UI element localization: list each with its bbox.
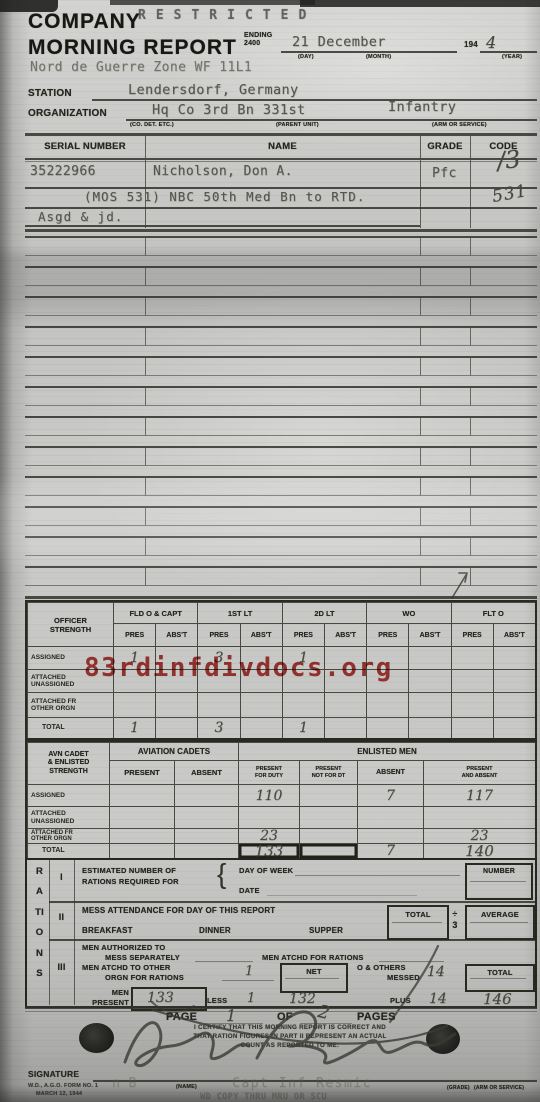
ending-label: ENDING xyxy=(244,32,272,39)
date-label: DATE xyxy=(239,886,260,895)
officer-group-fldo: FLD O & CAPT xyxy=(113,602,197,623)
officer-group-2dlt: 2D LT xyxy=(282,602,366,623)
officer-sub-abst: ABS'T xyxy=(155,623,197,646)
enlisted-cell: 7 xyxy=(357,784,423,806)
date-line xyxy=(267,895,417,896)
roster-header-name: NAME xyxy=(145,141,420,152)
officer-group-flto: FLT O xyxy=(451,602,535,623)
officer-group-1stlt: 1ST LT xyxy=(197,602,281,623)
officer-cell xyxy=(451,717,493,738)
enlisted-cell: 23 xyxy=(238,828,299,843)
number-box-line xyxy=(470,881,526,882)
typed-name-fragment: n B xyxy=(112,1076,137,1091)
day-of-week-line xyxy=(295,875,460,876)
enlisted-row-label: TOTAL xyxy=(27,843,109,858)
officer-sub-pres: PRES xyxy=(366,623,408,646)
enlisted-row-label: ASSIGNED xyxy=(27,784,109,806)
morning-report-scan: RESTRICTED COMPANY MORNING REPORT ENDING… xyxy=(0,0,540,1102)
supper-label: SUPPER xyxy=(309,926,343,935)
month-sublabel: (MONTH) xyxy=(366,54,391,60)
name-sublabel: (NAME) xyxy=(176,1084,197,1090)
officer-cell xyxy=(408,717,450,738)
enlisted-cell xyxy=(357,806,423,828)
officer-sub-pres: PRES xyxy=(113,623,155,646)
enlisted-row-label: ATTACHED FR OTHER ORGN xyxy=(27,828,109,843)
mess-total-label: TOTAL xyxy=(389,910,447,919)
report-date-value: 21 December xyxy=(292,34,386,50)
year-underline xyxy=(480,51,537,53)
roster-serial-value: 35222966 xyxy=(30,164,96,179)
rations-total-line xyxy=(470,978,526,979)
station-value: Lendersdorf, Germany xyxy=(128,82,299,98)
rations-section: RATIONS I II III ESTIMATED NUMBER OF RAT… xyxy=(25,858,537,1008)
men-atchd-other-line xyxy=(222,980,274,981)
enlisted-row-label: ATTACHED UNASSIGNED xyxy=(27,806,109,828)
section-divider-rule xyxy=(25,596,537,599)
date-underline xyxy=(281,51,457,53)
blank-row xyxy=(25,326,537,356)
enlisted-cell-total-boxed: 133 xyxy=(238,843,299,858)
mess-separately-line xyxy=(195,961,253,962)
number-box: NUMBER xyxy=(465,863,533,900)
mess-average-line xyxy=(470,922,528,923)
officer-cell: 3 xyxy=(197,717,239,738)
officer-cell xyxy=(240,692,282,717)
signature-scrawl xyxy=(105,998,475,1080)
officer-cell xyxy=(282,692,324,717)
officer-cell xyxy=(493,692,535,717)
enlisted-cell xyxy=(299,828,357,843)
organization-underline xyxy=(126,119,537,121)
enlisted-cell xyxy=(357,828,423,843)
rations-total-box: TOTAL xyxy=(465,964,535,992)
blank-row xyxy=(25,446,537,476)
mess-total-box: TOTAL xyxy=(387,905,449,940)
blank-row xyxy=(25,236,537,266)
blank-row xyxy=(25,356,537,386)
ending-time: 2400 xyxy=(244,40,260,47)
officer-cell xyxy=(366,692,408,717)
blank-row xyxy=(25,386,537,416)
rations-numeral-1: I xyxy=(49,872,74,882)
enlisted-cell: 117 xyxy=(423,784,535,806)
rations-total-label: TOTAL xyxy=(467,968,533,977)
rations-vertical-label: RATIONS xyxy=(34,862,45,984)
enlisted-col-present-not-duty: PRESENT NOT FOR DT xyxy=(299,760,357,784)
enlisted-cell xyxy=(238,806,299,828)
officer-corner-label: OFFICER STRENGTH xyxy=(27,602,113,646)
officer-sub-abst: ABS'T xyxy=(240,623,282,646)
men-atchd-other-label2: ORGN FOR RATIONS xyxy=(105,973,184,982)
rations-numeral-2: II xyxy=(49,912,74,922)
officer-cell xyxy=(366,717,408,738)
officer-cell xyxy=(451,669,493,692)
blank-row xyxy=(25,416,537,446)
men-present-label1: MEN xyxy=(75,988,129,997)
breakfast-label: BREAKFAST xyxy=(82,926,133,935)
blank-row xyxy=(25,476,537,506)
organization-arm-value: Infantry xyxy=(388,99,456,115)
roster-grade-value: Pfc xyxy=(432,166,457,181)
officer-row-label: ATTACHED FR OTHER ORGN xyxy=(27,692,113,717)
divide-sign: ÷ xyxy=(448,909,462,919)
grade-sublabel: (GRADE) xyxy=(447,1085,470,1091)
net-box-line xyxy=(285,978,339,979)
officer-cell xyxy=(408,692,450,717)
year-handwritten: 4 xyxy=(486,33,496,52)
officer-cell xyxy=(324,717,366,738)
men-atchd-for-rations-label: MEN ATCHD FOR RATIONS xyxy=(262,953,364,962)
officer-cell: 1 xyxy=(282,717,324,738)
officer-cell xyxy=(197,692,239,717)
roster-name-value: Nicholson, Don A. xyxy=(153,164,293,179)
parent-unit-sublabel: (PARENT UNIT) xyxy=(276,122,319,128)
roster-col-line-2 xyxy=(420,135,421,228)
officer-group-wo: WO xyxy=(366,602,450,623)
officer-cell xyxy=(493,646,535,669)
officer-cell xyxy=(113,692,155,717)
rations-divider-1 xyxy=(49,901,535,903)
enlisted-col-present-absent: PRESENT AND ABSENT xyxy=(423,760,535,784)
arm-service-sublabel: (ARM OR SERVICE) xyxy=(432,122,487,128)
form-number: W.D., A.G.O. FORM NO. 1 xyxy=(28,1083,98,1089)
officer-sub-abst: ABS'T xyxy=(408,623,450,646)
enlisted-strength-table: AVN CADET & ENLISTED STRENGTH AVIATION C… xyxy=(25,740,537,860)
enlisted-cell: 110 xyxy=(238,784,299,806)
roster-header-serial: SERIAL NUMBER xyxy=(25,141,145,152)
blank-roster-rows xyxy=(25,236,537,596)
roster-bottom-rule xyxy=(25,229,537,232)
year-printed: 194 xyxy=(464,40,478,49)
enlisted-cell xyxy=(109,843,174,858)
enlisted-cell xyxy=(174,784,238,806)
rations1-label-line2: RATIONS REQUIRED FOR xyxy=(82,877,179,886)
arm-service-sublabel-2: (ARM OR SERVICE) xyxy=(474,1085,524,1091)
day-of-week-label: DAY OF WEEK xyxy=(239,866,293,875)
officer-cell xyxy=(451,692,493,717)
enlisted-cell xyxy=(174,843,238,858)
roster-code-value: /3 xyxy=(496,145,522,175)
rations-inner-line-2 xyxy=(74,860,75,1005)
men-atchd-other-value: 1 xyxy=(245,964,253,979)
officer-cell xyxy=(324,692,366,717)
enlisted-col-present: PRESENT xyxy=(109,760,174,784)
station-underline xyxy=(92,99,537,101)
enlisted-col-present-duty: PRESENT FOR DUTY xyxy=(238,760,299,784)
enlisted-cell xyxy=(109,828,174,843)
station-label: STATION xyxy=(28,88,72,99)
rations1-label-line1: ESTIMATED NUMBER OF xyxy=(82,866,176,875)
scan-edge-top-right xyxy=(300,0,540,7)
brace-glyph: { xyxy=(217,858,226,890)
officer-cell xyxy=(155,692,197,717)
enlisted-cell xyxy=(109,806,174,828)
zone-entry: Nord de Guerre Zone WF 11L1 xyxy=(30,60,252,75)
copy-routing-note: WD COPY THRU MRU OR SCU xyxy=(200,1092,327,1102)
restricted-stamp: RESTRICTED xyxy=(138,8,316,23)
mess-average-label: AVERAGE xyxy=(467,910,533,919)
number-box-label: NUMBER xyxy=(467,868,531,875)
roster-header-grade: GRADE xyxy=(420,141,470,152)
officer-sub-abst: ABS'T xyxy=(324,623,366,646)
mess-attendance-label: MESS ATTENDANCE FOR DAY OF THIS REPORT xyxy=(82,906,275,915)
scan-edge-top-mid xyxy=(110,0,315,5)
net-box-label: NET xyxy=(282,967,346,976)
typed-grade-fragment: Capt Inf Resmic xyxy=(232,1076,372,1091)
officer-cell xyxy=(155,717,197,738)
officer-cell xyxy=(493,669,535,692)
roster-remark-line2: Asgd & jd. xyxy=(38,209,123,224)
roster-remark-line1: (MOS 531) NBC 50th Med Bn to RTD. xyxy=(84,189,365,204)
officer-cell: 1 xyxy=(113,717,155,738)
enlisted-group-men: ENLISTED MEN xyxy=(238,742,535,760)
enlisted-corner-label: AVN CADET & ENLISTED STRENGTH xyxy=(27,742,109,784)
enlisted-col-absent: ABSENT xyxy=(174,760,238,784)
officer-cell xyxy=(493,717,535,738)
roster-row3-rule xyxy=(25,225,420,227)
officer-cell xyxy=(240,717,282,738)
enlisted-cell: 140 xyxy=(423,843,535,858)
enlisted-cell xyxy=(299,806,357,828)
officer-sub-abst: ABS'T xyxy=(493,623,535,646)
enlisted-col-absent2: ABSENT xyxy=(357,760,423,784)
men-atchd-other-label1: MEN ATCHD TO OTHER xyxy=(82,963,170,972)
enlisted-cell xyxy=(423,806,535,828)
enlisted-cell xyxy=(109,784,174,806)
roster-code2-value: 531 xyxy=(491,181,529,207)
officer-cell xyxy=(408,669,450,692)
men-authorized-label1: MEN AUTHORIZED TO xyxy=(82,943,165,952)
year-sublabel: (YEAR) xyxy=(502,54,522,60)
signature-label: SIGNATURE xyxy=(28,1069,79,1079)
dinner-label: DINNER xyxy=(199,926,231,935)
site-watermark: 83rdinfdivdocs.org xyxy=(84,653,393,683)
men-authorized-label2: MESS SEPARATELY xyxy=(105,953,180,962)
blank-row xyxy=(25,536,537,566)
officer-cell xyxy=(408,646,450,669)
officer-row-label: TOTAL xyxy=(27,717,113,738)
enlisted-cell: 7 xyxy=(357,843,423,858)
enlisted-cell xyxy=(299,784,357,806)
mess-average-box: AVERAGE xyxy=(465,905,535,940)
officer-sub-pres: PRES xyxy=(282,623,324,646)
blank-row xyxy=(25,296,537,326)
form-title-line2: MORNING REPORT xyxy=(28,36,237,60)
form-title-line1: COMPANY xyxy=(28,10,141,34)
organization-value: Hq Co 3rd Bn 331st xyxy=(152,102,306,118)
officer-cell xyxy=(451,646,493,669)
rations-divider-2 xyxy=(49,939,535,941)
roster-top-rule xyxy=(25,133,537,136)
rations-numeral-3: III xyxy=(49,962,74,972)
blank-row xyxy=(25,506,537,536)
officer-sub-pres: PRES xyxy=(451,623,493,646)
divide-three: 3 xyxy=(448,920,462,930)
roster-header-rule-2 xyxy=(25,161,537,162)
roster-col-line-1 xyxy=(145,135,146,228)
enlisted-cell-total-boxed xyxy=(299,843,357,858)
mess-total-line xyxy=(392,922,442,923)
enlisted-group-cadets: AVIATION CADETS xyxy=(109,742,238,760)
officer-sub-pres: PRES xyxy=(197,623,239,646)
form-date: MARCH 12, 1944 xyxy=(36,1091,82,1097)
day-sublabel: (DAY) xyxy=(298,54,314,60)
co-det-sublabel: (CO. DET. ETC.) xyxy=(130,122,174,128)
enlisted-cell xyxy=(174,806,238,828)
roster-header-rule xyxy=(25,158,537,160)
enlisted-cell xyxy=(174,828,238,843)
blank-row xyxy=(25,266,537,296)
organization-label: ORGANIZATION xyxy=(28,108,107,119)
net-box: NET xyxy=(280,963,348,993)
enlisted-cell: 23 xyxy=(423,828,535,843)
roster-col-line-3 xyxy=(470,135,471,228)
